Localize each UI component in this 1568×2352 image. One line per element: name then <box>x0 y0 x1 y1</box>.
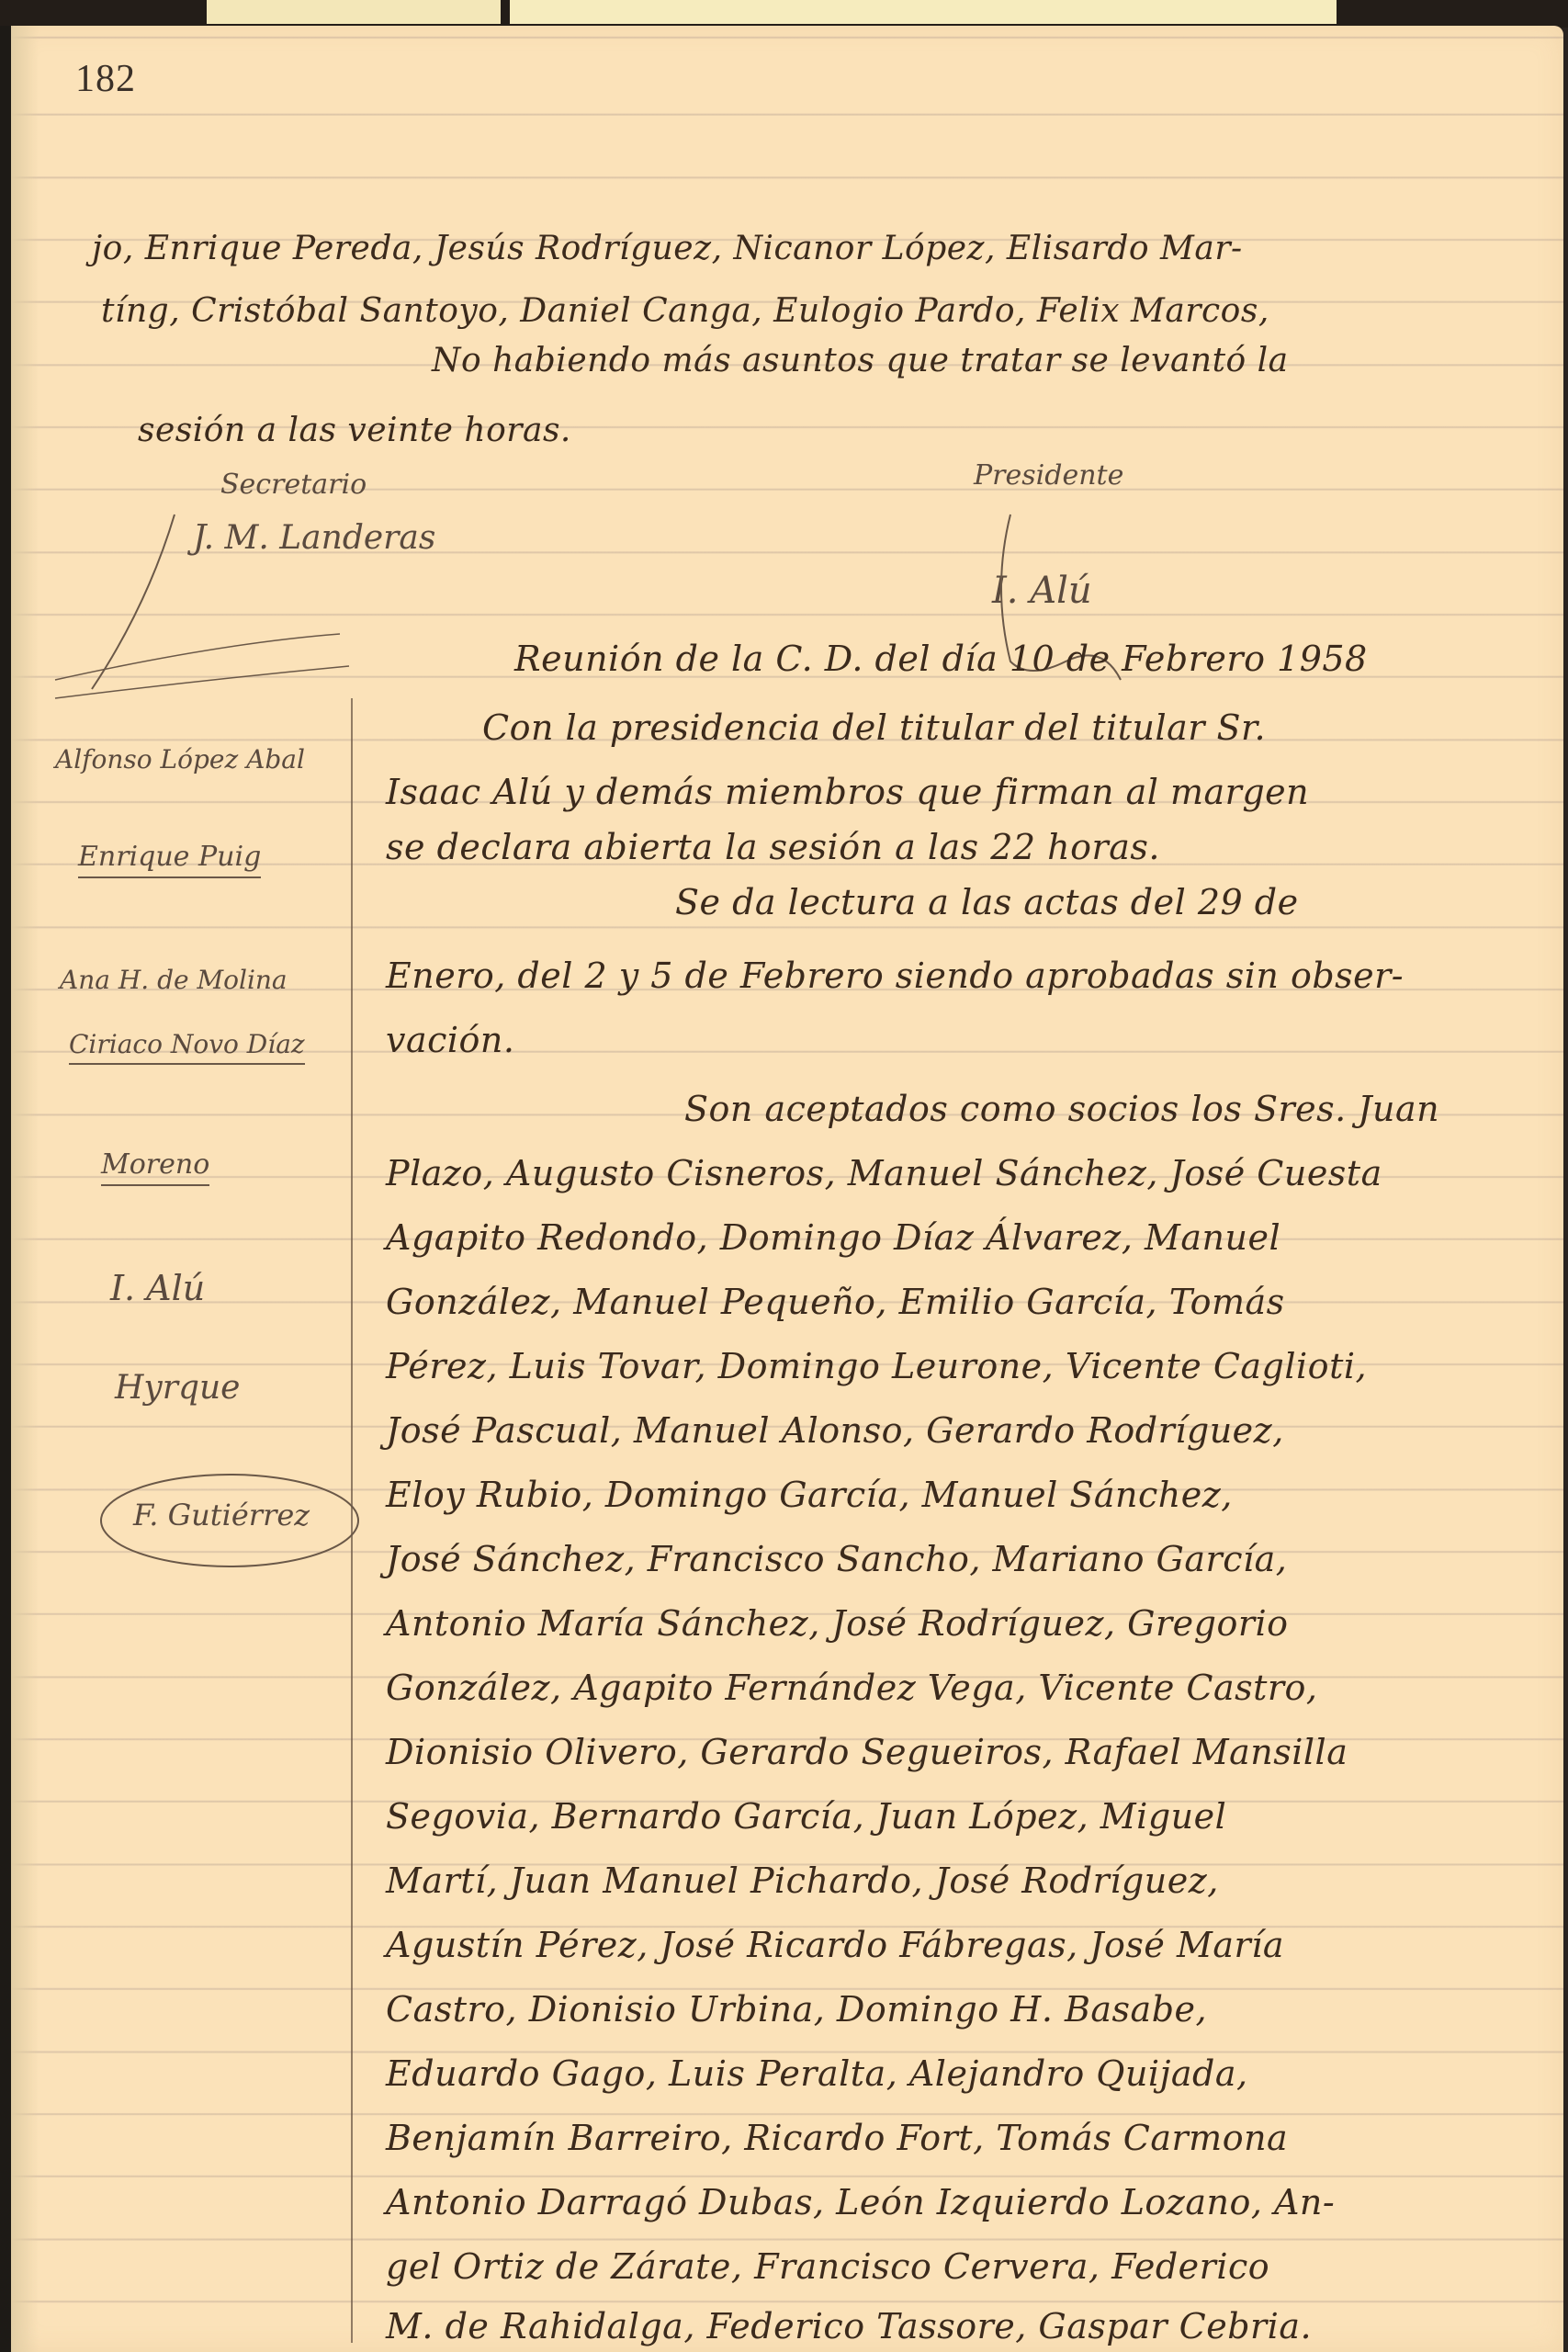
paper-tab <box>510 0 1337 24</box>
president-label: Presidente <box>974 459 1123 492</box>
text-line: gel Ortiz de Zárate, Francisco Cervera, … <box>386 2246 1269 2287</box>
text-line: Plazo, Augusto Cisneros, Manuel Sánchez,… <box>386 1153 1382 1193</box>
text-line: No habiendo más asuntos que tratar se le… <box>432 342 1289 379</box>
text-line: Agapito Redondo, Domingo Díaz Álvarez, M… <box>386 1217 1280 1258</box>
margin-signature: Hyrque <box>115 1369 240 1407</box>
secretary-signature: J. M. Landeras <box>193 519 435 557</box>
text-line: Dionisio Olivero, Gerardo Segueiros, Raf… <box>386 1732 1348 1772</box>
text-line: José Pascual, Manuel Alonso, Gerardo Rod… <box>386 1410 1284 1451</box>
text-line: Benjamín Barreiro, Ricardo Fort, Tomás C… <box>386 2118 1288 2158</box>
text-line: Enero, del 2 y 5 de Febrero siendo aprob… <box>386 955 1404 996</box>
margin-signature: Moreno <box>101 1148 209 1186</box>
text-line: Pérez, Luis Tovar, Domingo Leurone, Vice… <box>386 1346 1367 1386</box>
margin-signature: Enrique Puig <box>78 841 261 878</box>
meeting-heading: Reunión de la C. D. del día 10 de Febrer… <box>514 639 1368 679</box>
text-line: Antonio Darragó Dubas, León Izquierdo Lo… <box>386 2182 1335 2222</box>
paper-tab <box>207 0 501 24</box>
text-line: Con la presidencia del titular del titul… <box>482 707 1266 748</box>
text-line: Eloy Rubio, Domingo García, Manuel Sánch… <box>386 1475 1233 1515</box>
margin-signature: Alfonso López Abal <box>55 744 305 775</box>
president-signature: I. Alú <box>992 570 1092 612</box>
text-line: Eduardo Gago, Luis Peralta, Alejandro Qu… <box>386 2053 1248 2094</box>
text-line: Son aceptados como socios los Sres. Juan <box>684 1089 1439 1129</box>
margin-signature: Ana H. de Molina <box>60 965 288 995</box>
page-number: 182 <box>75 57 136 101</box>
margin-signature: I. Alú <box>110 1268 205 1308</box>
text-line: José Sánchez, Francisco Sancho, Mariano … <box>386 1539 1287 1579</box>
text-line: vación. <box>386 1020 515 1060</box>
text-line: M. de Rahidalga, Federico Tassore, Gaspa… <box>386 2306 1312 2346</box>
text-line: jo, Enrique Pereda, Jesús Rodríguez, Nic… <box>92 230 1243 267</box>
text-line: sesión a las veinte horas. <box>138 412 571 449</box>
text-line: González, Manuel Pequeño, Emilio García,… <box>386 1282 1285 1322</box>
text-line: Martí, Juan Manuel Pichardo, José Rodríg… <box>386 1860 1219 1901</box>
margin-signature: Ciriaco Novo Díaz <box>69 1029 305 1065</box>
text-line: Isaac Alú y demás miembros que firman al… <box>386 772 1309 812</box>
secretary-label: Secretario <box>220 469 367 501</box>
margin-signature: F. Gutiérrez <box>133 1498 310 1532</box>
binding-shadow <box>11 26 39 2352</box>
text-line: Segovia, Bernardo García, Juan López, Mi… <box>386 1796 1226 1837</box>
text-line: Castro, Dionisio Urbina, Domingo H. Basa… <box>386 1989 1207 2030</box>
text-line: Agustín Pérez, José Ricardo Fábregas, Jo… <box>386 1925 1284 1965</box>
text-line: González, Agapito Fernández Vega, Vicent… <box>386 1668 1318 1708</box>
text-line: Antonio María Sánchez, José Rodríguez, G… <box>386 1603 1289 1644</box>
text-line: tíng, Cristóbal Santoyo, Daniel Canga, E… <box>101 292 1269 330</box>
text-line: se declara abierta la sesión a las 22 ho… <box>386 827 1160 867</box>
text-line: Se da lectura a las actas del 29 de <box>675 882 1299 922</box>
margin-rule <box>351 698 353 2343</box>
